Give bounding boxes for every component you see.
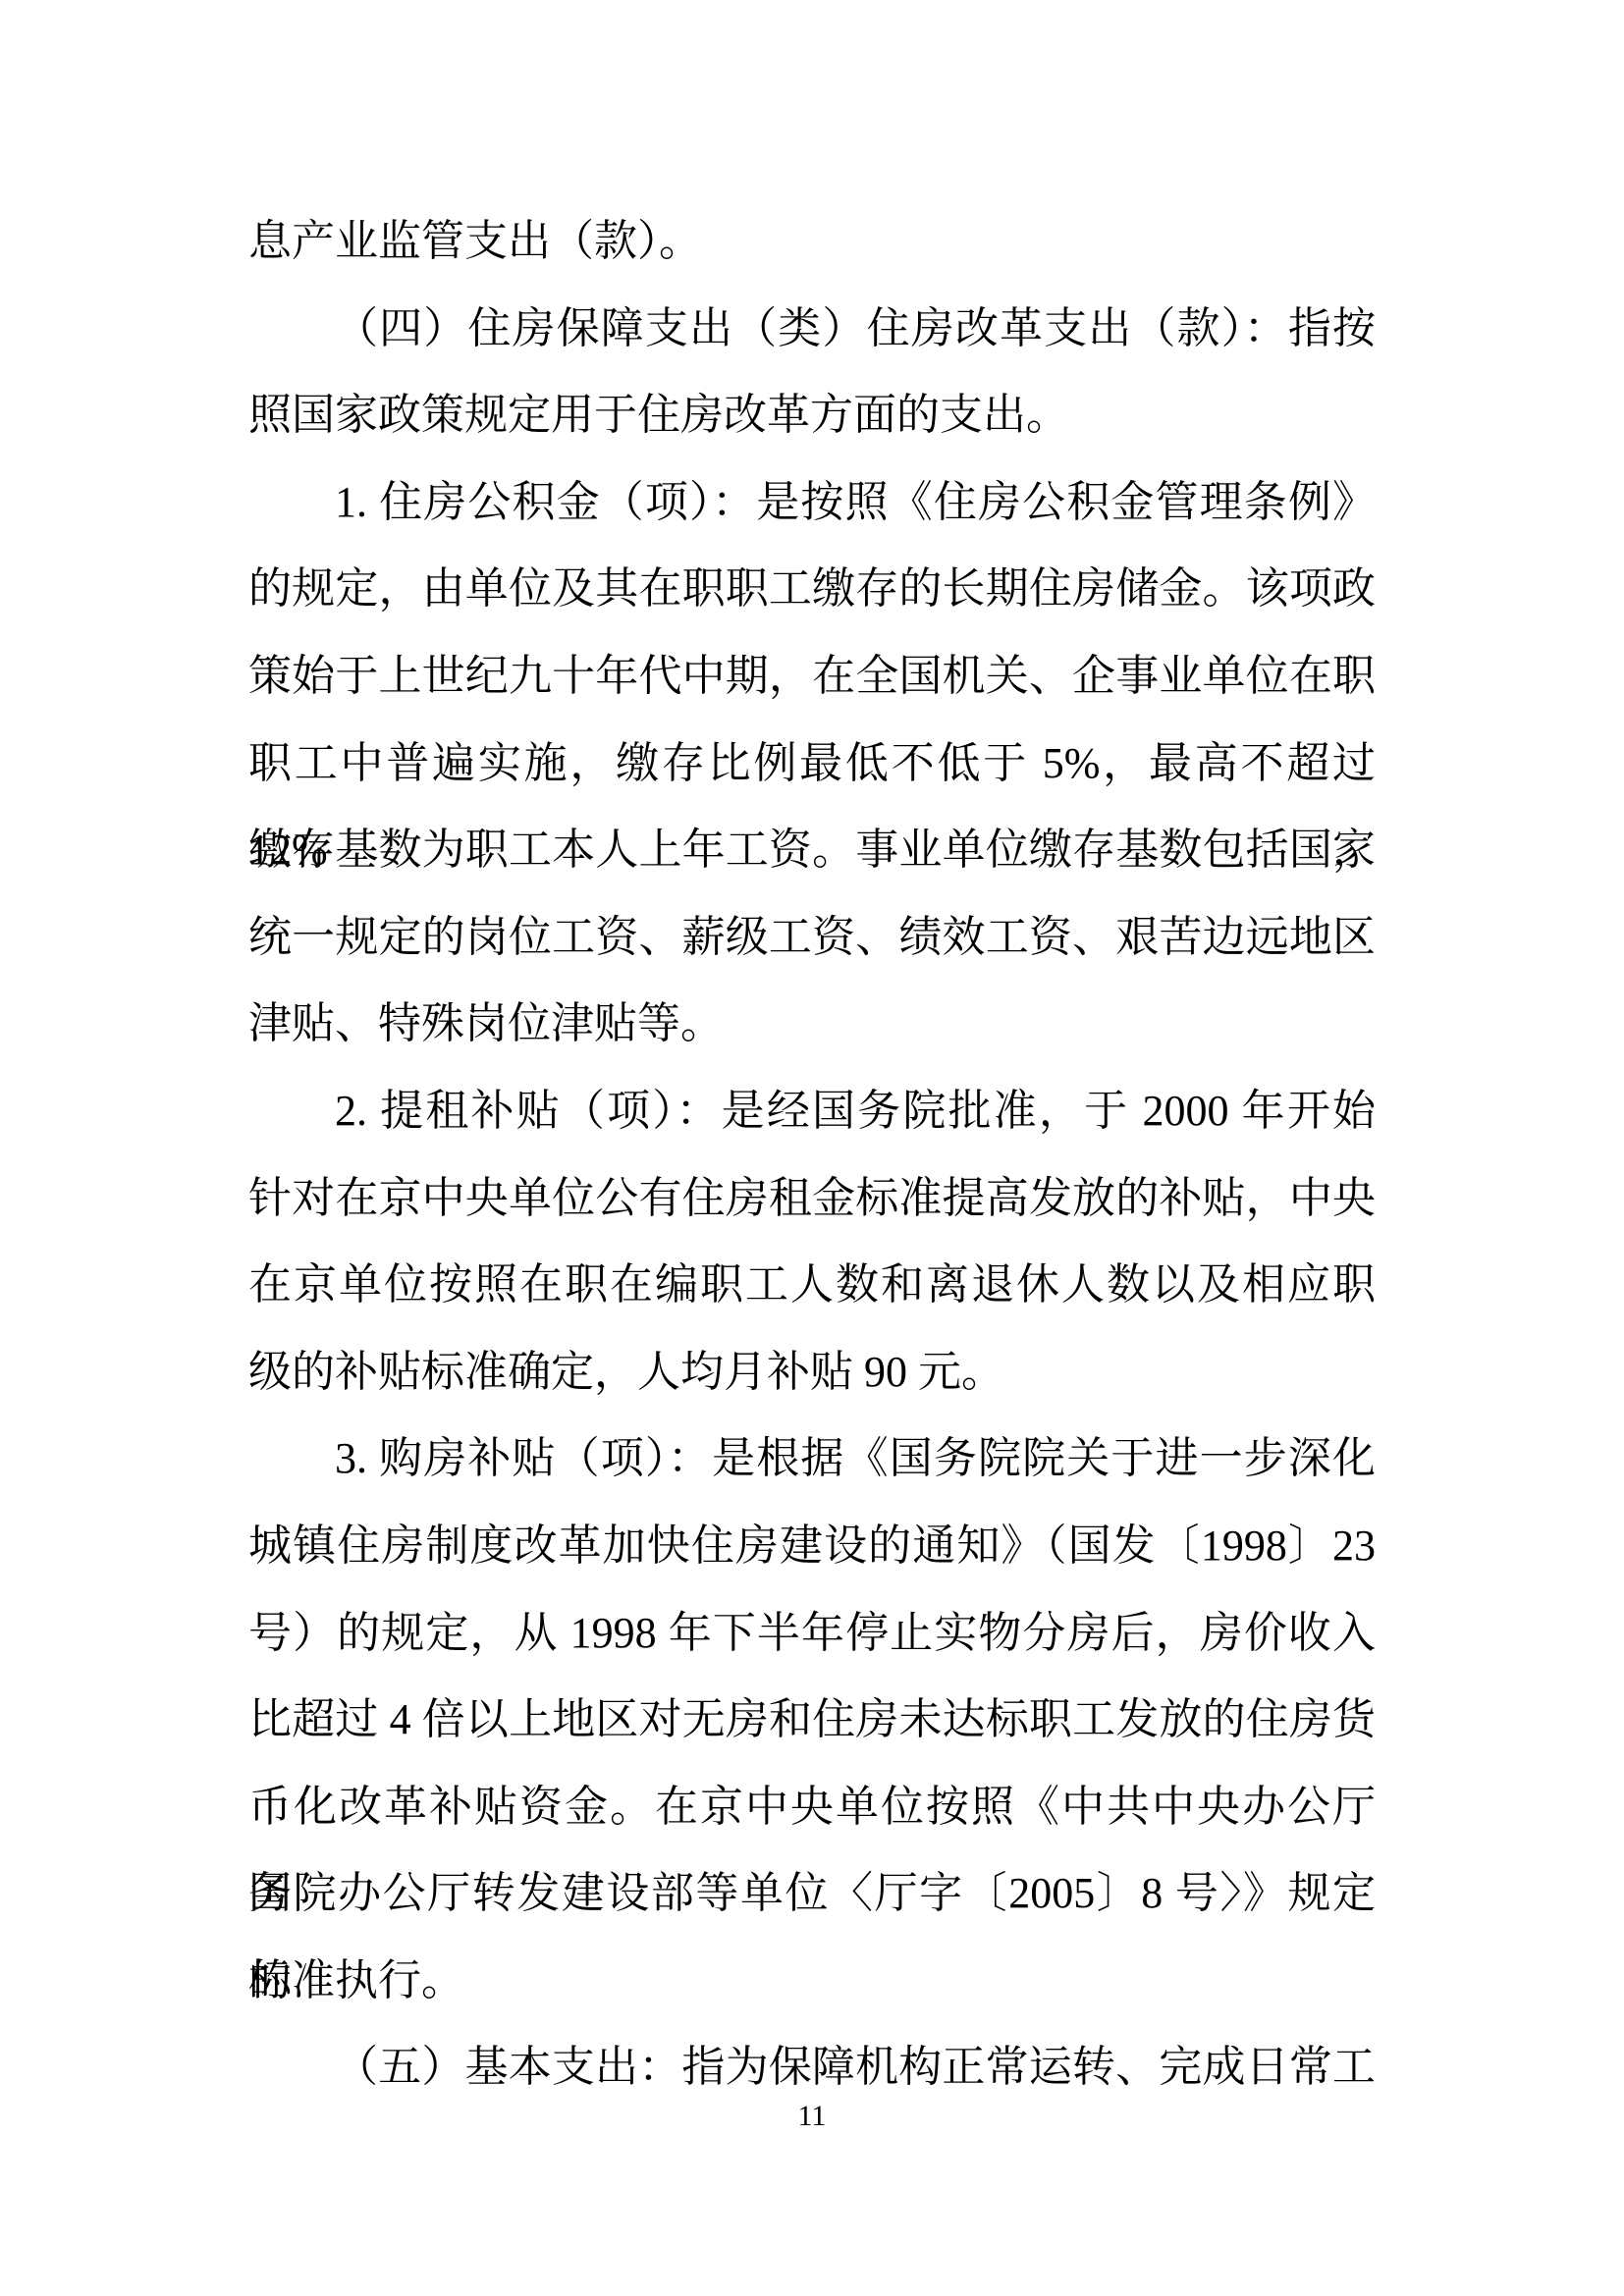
text-line: 在京单位按照在职在编职工人数和离退休人数以及相应职: [248, 1242, 1376, 1329]
text-line: 缴存基数为职工本人上年工资。事业单位缴存基数包括国家: [248, 807, 1376, 894]
text-line: 币化改革补贴资金。在京中央单位按照《中共中央办公厅 国: [248, 1764, 1376, 1851]
page-number: 11: [0, 2100, 1624, 2133]
text-line: 策始于上世纪九十年代中期，在全国机关、企事业单位在职: [248, 633, 1376, 721]
text-line: 针对在京中央单位公有住房租金标准提高发放的补贴，中央: [248, 1155, 1376, 1243]
text-line: 职工中普遍实施，缴存比例最低不低于 5%，最高不超过 12%，: [248, 721, 1376, 808]
text-line: 标准执行。: [248, 1938, 1376, 2025]
text-line: 津贴、特殊岗位津贴等。: [248, 981, 1376, 1068]
text-line: （四）住房保障支出（类）住房改革支出（款）：指按: [248, 286, 1376, 373]
text-line: （五）基本支出：指为保障机构正常运转、完成日常工: [248, 2024, 1376, 2111]
text-line: 2. 提租补贴（项）：是经国务院批准，于 2000 年开始: [248, 1068, 1376, 1155]
text-line: 务院办公厅转发建设部等单位〈厅字〔2005〕8 号〉》规定的: [248, 1850, 1376, 1938]
text-line: 比超过 4 倍以上地区对无房和住房未达标职工发放的住房货: [248, 1677, 1376, 1764]
text-line: 1. 住房公积金（项）：是按照《住房公积金管理条例》: [248, 459, 1376, 547]
text-line: 息产业监管支出（款）。: [248, 198, 1376, 286]
text-line: 3. 购房补贴（项）：是根据《国务院院关于进一步深化: [248, 1415, 1376, 1503]
text-line: 城镇住房制度改革加快住房建设的通知》（国发〔1998〕23: [248, 1503, 1376, 1590]
text-line: 照国家政策规定用于住房改革方面的支出。: [248, 372, 1376, 459]
text-line: 统一规定的岗位工资、薪级工资、绩效工资、艰苦边远地区: [248, 894, 1376, 982]
document-page: 息产业监管支出（款）。 （四）住房保障支出（类）住房改革支出（款）：指按 照国家…: [0, 0, 1624, 2296]
text-line: 号）的规定，从 1998 年下半年停止实物分房后，房价收入: [248, 1590, 1376, 1678]
text-line: 级的补贴标准确定，人均月补贴 90 元。: [248, 1329, 1376, 1416]
document-body: 息产业监管支出（款）。 （四）住房保障支出（类）住房改革支出（款）：指按 照国家…: [248, 198, 1376, 2111]
text-line: 的规定，由单位及其在职职工缴存的长期住房储金。该项政: [248, 546, 1376, 633]
